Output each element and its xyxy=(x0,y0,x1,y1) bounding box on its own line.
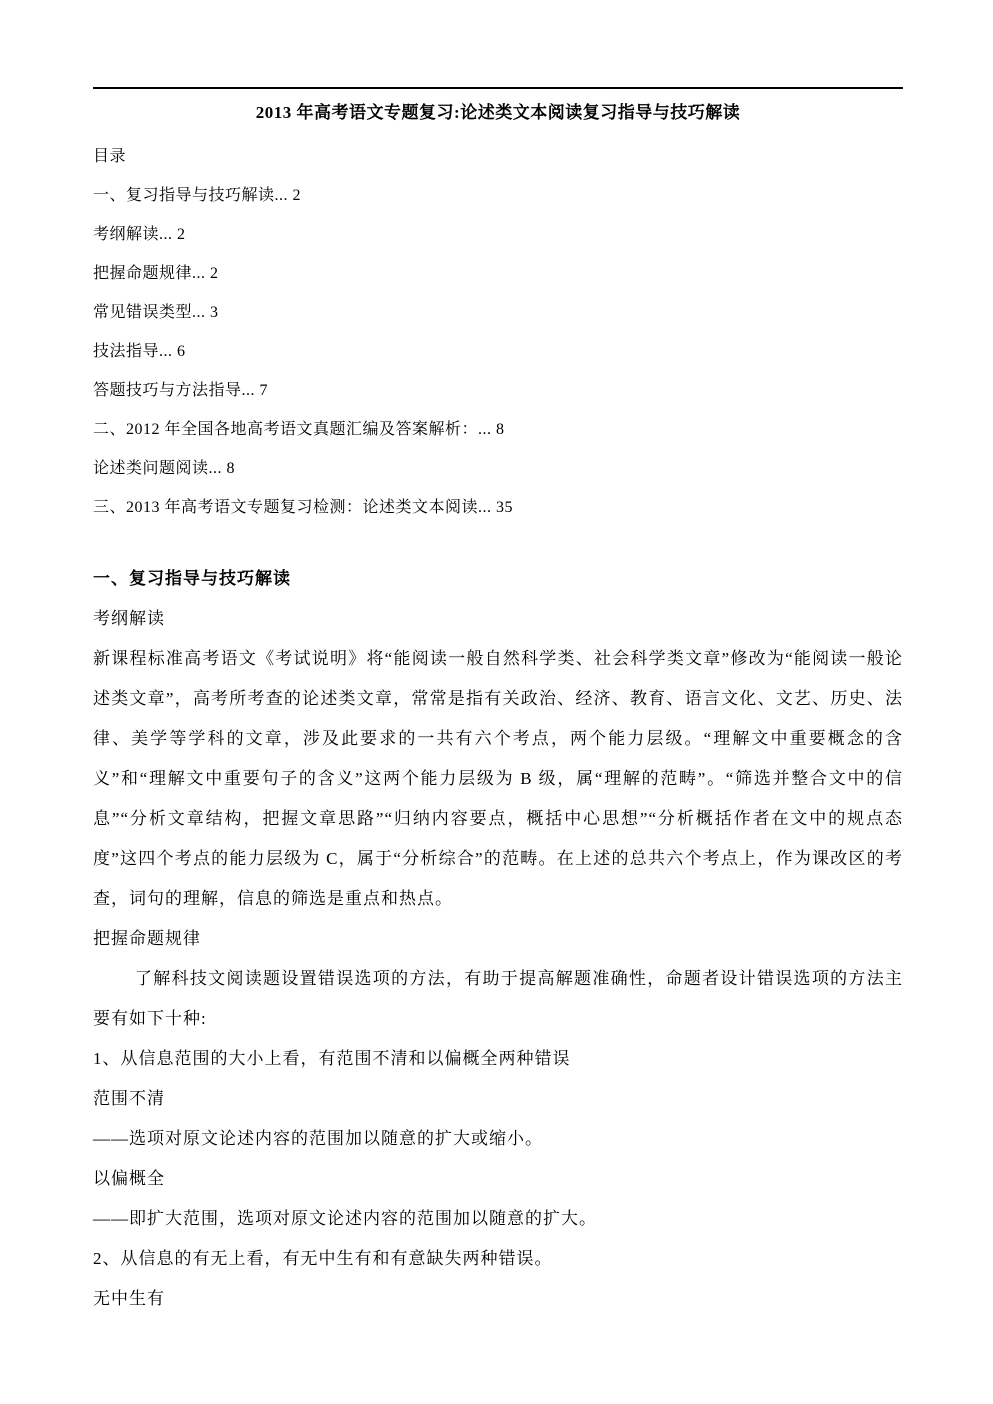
toc-entry: 考纲解读... 2 xyxy=(93,215,903,254)
error-term-2: 以偏概全 xyxy=(93,1159,903,1199)
toc-entry: 把握命题规律... 2 xyxy=(93,254,903,293)
toc-label: 目录 xyxy=(93,137,903,176)
toc-entry: 三、2013 年高考语文专题复习检测：论述类文本阅读... 35 xyxy=(93,488,903,527)
rule-heading: 把握命题规律 xyxy=(93,919,903,959)
error-term-3: 无中生有 xyxy=(93,1279,903,1319)
rule-paragraph: 了解科技文阅读题设置错误选项的方法，有助于提高解题准确性，命题者设计错误选项的方… xyxy=(93,959,903,1039)
error-item-1: 1、从信息范围的大小上看，有范围不清和以偏概全两种错误 xyxy=(93,1039,903,1079)
exam-outline-paragraph: 新课程标准高考语文《考试说明》将“能阅读一般自然科学类、社会科学类文章”修改为“… xyxy=(93,639,903,919)
error-def-1: ——选项对原文论述内容的范围加以随意的扩大或缩小。 xyxy=(93,1119,903,1159)
toc-entry: 答题技巧与方法指导... 7 xyxy=(93,371,903,410)
error-term-1: 范围不清 xyxy=(93,1079,903,1119)
document-content: 2013 年高考语文专题复习:论述类文本阅读复习指导与技巧解读 目录 一、复习指… xyxy=(93,87,903,1319)
toc-entry: 二、2012 年全国各地高考语文真题汇编及答案解析：... 8 xyxy=(93,410,903,449)
toc-entry: 论述类问题阅读... 8 xyxy=(93,449,903,488)
toc-entry: 常见错误类型... 3 xyxy=(93,293,903,332)
section-heading: 一、复习指导与技巧解读 xyxy=(93,559,903,599)
toc-entry: 技法指导... 6 xyxy=(93,332,903,371)
error-item-2: 2、从信息的有无上看，有无中生有和有意缺失两种错误。 xyxy=(93,1239,903,1279)
document-title: 2013 年高考语文专题复习:论述类文本阅读复习指导与技巧解读 xyxy=(93,100,903,126)
section-body: 一、复习指导与技巧解读 考纲解读 新课程标准高考语文《考试说明》将“能阅读一般自… xyxy=(93,559,903,1319)
exam-outline-heading: 考纲解读 xyxy=(93,599,903,639)
toc-entry: 一、复习指导与技巧解读... 2 xyxy=(93,176,903,215)
error-def-2: ——即扩大范围，选项对原文论述内容的范围加以随意的扩大。 xyxy=(93,1199,903,1239)
header-rule xyxy=(93,87,903,89)
document-page: 2013 年高考语文专题复习:论述类文本阅读复习指导与技巧解读 目录 一、复习指… xyxy=(0,0,993,1404)
table-of-contents: 目录 一、复习指导与技巧解读... 2 考纲解读... 2 把握命题规律... … xyxy=(93,137,903,527)
